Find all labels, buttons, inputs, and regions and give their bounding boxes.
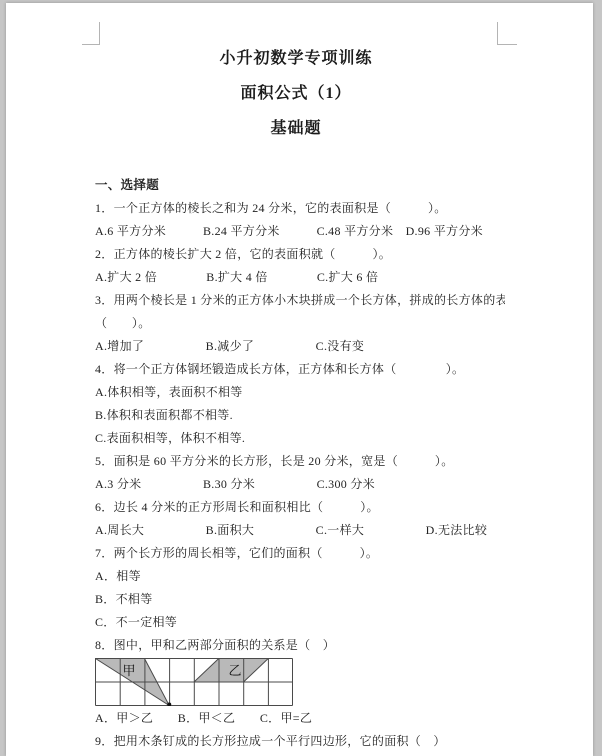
question-8-figure: 甲 乙	[95, 657, 505, 707]
question-5: 5．面积是 60 平方分米的长方形，长是 20 分米，宽是（ ）。	[95, 450, 505, 473]
question-4: 4．将一个正方体钢坯锻造成长方体，正方体和长方体（ ）。	[95, 358, 505, 381]
question-6: 6．边长 4 分米的正方形周长和面积相比（ ）。	[95, 496, 505, 519]
margin-corner-mark-left	[82, 44, 100, 45]
question-9: 9．把用木条钉成的长方形拉成一个平行四边形，它的面积（ ）	[95, 730, 505, 753]
question-5-options: A.3 分米 B.30 分米 C.300 分米	[95, 473, 505, 496]
question-4-option-b: B.体积和表面积都不相等.	[95, 404, 505, 427]
document-titles: 小升初数学专项训练 面积公式（1） 基础题	[95, 49, 497, 154]
triangle-jia-label: 甲	[122, 663, 135, 678]
question-1: 1．一个正方体的棱长之和为 24 分米，它的表面积是（ ）。	[95, 197, 505, 220]
margin-corner-mark-left	[99, 22, 100, 45]
question-4-option-a: A.体积相等，表面积不相等	[95, 381, 505, 404]
question-3-line1: 3．用两个棱长是 1 分米的正方体小木块拼成一个长方体，拼成的长方体的表面积是	[95, 289, 505, 312]
question-7-option-b: B．不相等	[95, 588, 505, 611]
doc-title-main: 小升初数学专项训练	[95, 49, 497, 84]
question-8-options: A．甲＞乙 B．甲＜乙 C．甲=乙	[95, 707, 505, 730]
question-3-options: A.增加了 B.减少了 C.没有变	[95, 335, 505, 358]
question-7-option-c: C．不一定相等	[95, 611, 505, 634]
question-7: 7．两个长方形的周长相等，它们的面积（ ）。	[95, 542, 505, 565]
document-page: 小升初数学专项训练 面积公式（1） 基础题 一、选择题 1．一个正方体的棱长之和…	[6, 3, 593, 756]
doc-title-level: 基础题	[95, 119, 497, 154]
margin-corner-mark-right	[497, 22, 498, 45]
question-8: 8．图中，甲和乙两部分面积的关系是（ ）	[95, 634, 505, 657]
question-2-options: A.扩大 2 倍 B.扩大 4 倍 C.扩大 6 倍	[95, 266, 505, 289]
question-3-line2: （ ）。	[95, 312, 505, 335]
parallelogram-yi-label: 乙	[228, 663, 241, 678]
question-2: 2．正方体的棱长扩大 2 倍，它的表面积就（ ）。	[95, 243, 505, 266]
document-body: 一、选择题 1．一个正方体的棱长之和为 24 分米，它的表面积是（ ）。 A.6…	[95, 174, 505, 753]
section-header: 一、选择题	[95, 174, 505, 197]
question-4-option-c: C.表面积相等，体积不相等.	[95, 427, 505, 450]
question-1-options: A.6 平方分米 B.24 平方分米 C.48 平方分米 D.96 平方分米	[95, 220, 505, 243]
question-7-option-a: A．相等	[95, 565, 505, 588]
grid-area-diagram: 甲 乙	[95, 658, 293, 706]
doc-title-subject: 面积公式（1）	[95, 84, 497, 119]
question-6-options: A.周长大 B.面积大 C.一样大 D.无法比较	[95, 519, 505, 542]
margin-corner-mark-right	[497, 44, 517, 45]
